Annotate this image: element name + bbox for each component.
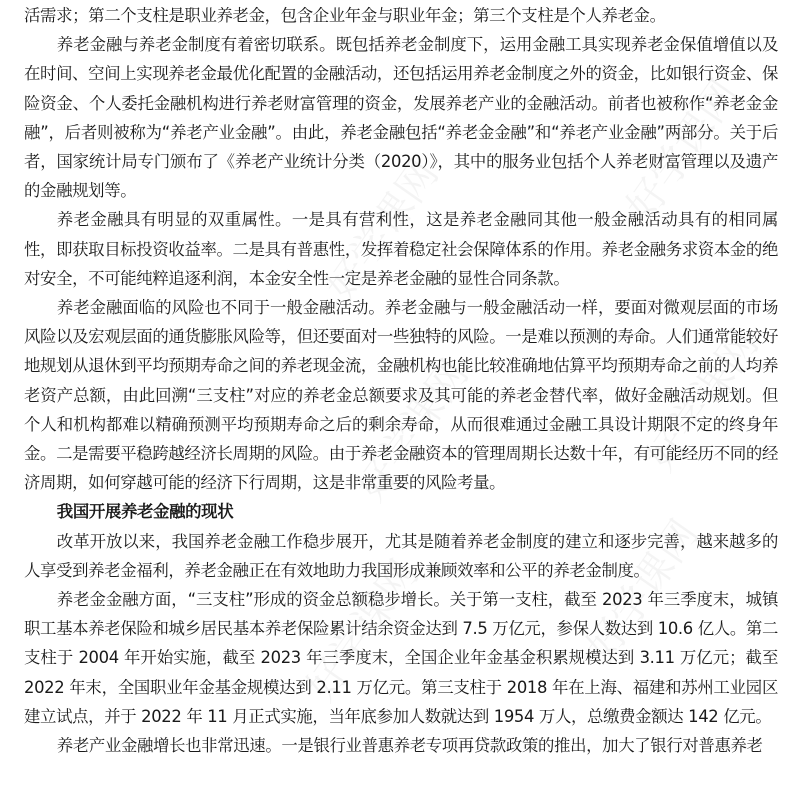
paragraph-continuation: 活需求；第二个支柱是职业养老金，包含企业年金与职业年金；第三个支柱是个人养老金。 bbox=[24, 1, 778, 30]
paragraph-industry-finance: 养老产业金融增长也非常迅速。一是银行业普惠养老专项再贷款政策的推出，加大了银行对… bbox=[24, 731, 778, 760]
document-body: 活需求；第二个支柱是职业养老金，包含企业年金与职业年金；第三个支柱是个人养老金。… bbox=[24, 1, 778, 760]
paragraph-risks: 养老金融面临的风险也不同于一般金融活动。养老金融与一般金融活动一样，要面对微观层… bbox=[24, 293, 778, 497]
paragraph-three-pillars-statistics: 养老金金融方面，“三支柱”形成的资金总额稳步增长。关于第一支柱，截至 2023 … bbox=[24, 585, 778, 731]
paragraph-reform-progress: 改革开放以来，我国养老金融工作稳步展开，尤其是随着养老金制度的建立和逐步完善，越… bbox=[24, 527, 778, 585]
paragraph-dual-attributes: 养老金融具有明显的双重属性。一是具有营利性，这是养老金融同其他一般金融活动具有的… bbox=[24, 205, 778, 293]
paragraph-pension-finance-definition: 养老金融与养老金制度有着密切联系。既包括养老金制度下，运用金融工具实现养老金保值… bbox=[24, 30, 778, 205]
section-heading: 我国开展养老金融的现状 bbox=[24, 497, 778, 526]
